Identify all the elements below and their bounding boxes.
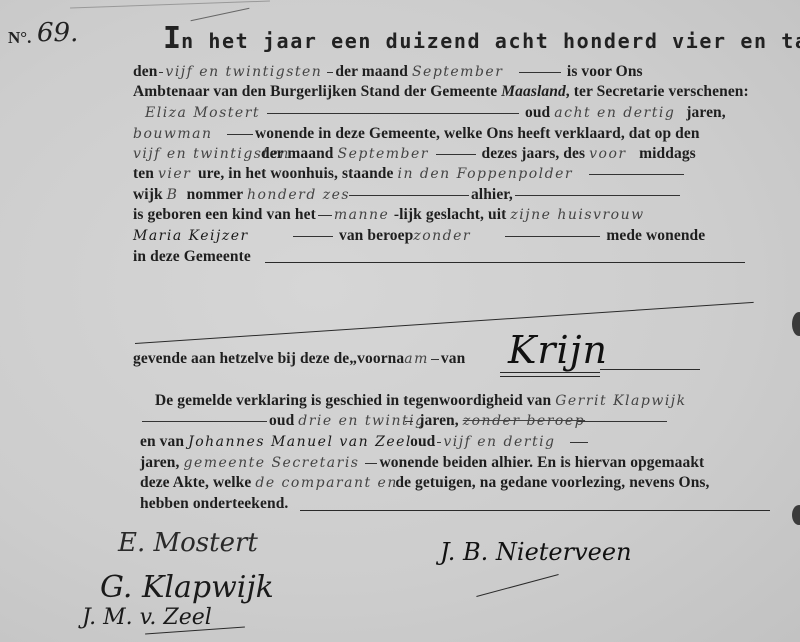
text-oud: oud <box>525 104 550 121</box>
record-number-value: 69. <box>37 18 78 48</box>
line-witness2-occupation: jaren, gemeente Secretariswonende beiden… <box>140 454 704 472</box>
line-given-name: gevende aan hetzelve bij deze de„voornaa… <box>133 350 465 368</box>
text-der-maand: der maand <box>335 63 408 80</box>
hw-witness2-name: Johannes Manuel van Zeel <box>188 433 410 451</box>
text-voorna: voorna <box>357 350 404 367</box>
text-en-van: en van <box>140 433 184 450</box>
text-dezes-jaars: dezes jaars, des <box>482 145 586 162</box>
hw-declarant-age: acht en dertig <box>554 104 686 122</box>
line-house: ten vierure, in het woonhuis, staande in… <box>133 165 686 183</box>
text-ambtenaar: Ambtenaar van den Burgerlijken Stand der… <box>133 83 497 100</box>
text-gevende: gevende aan hetzelve bij deze de <box>133 350 349 367</box>
text-secretarie: , ter Secretarie verschenen: <box>566 83 749 100</box>
text-ten: ten <box>133 165 154 182</box>
hw-month: September <box>412 63 517 81</box>
fill-line <box>300 510 770 511</box>
text-van-beroep: van beroep <box>339 227 413 244</box>
hw-witness1-name: Gerrit Klapwijk <box>555 392 735 410</box>
hw-time-of-day: voor <box>589 145 639 163</box>
underline <box>500 376 600 377</box>
line-address: wijk Bnommer honderd zesalhier, <box>133 186 682 204</box>
hw-location: in den Foppenpolder <box>397 165 587 183</box>
hw-declarant-occupation: bouwman <box>133 125 225 143</box>
line-mother: Maria Keijzer van beroepzonder mede wone… <box>133 227 705 245</box>
hw-witness2-occupation: gemeente Secretaris <box>183 454 363 472</box>
hw-witness1-age: drie en twintig <box>298 412 403 430</box>
heading-text: n het jaar een duizend acht honderd vier… <box>181 29 800 53</box>
hw-day: vijf en twintigsten <box>165 63 325 81</box>
signature-witness1: G. Klapwijk <box>100 570 274 605</box>
hw-party: de comparant en <box>255 474 395 492</box>
line-gemeente: in deze Gemeente <box>133 248 251 266</box>
text-den: den <box>133 63 157 80</box>
text-der-maand-2: der maand <box>261 145 334 162</box>
text-wonende-beiden: wonende beiden alhier. En is hiervan opg… <box>379 454 704 471</box>
text-jaren-2: jaren, <box>419 412 459 429</box>
line-declarant: Eliza Mostert oud acht en dertigjaren, <box>133 104 726 122</box>
heading-line: In het jaar een duizend acht honderd vie… <box>163 30 800 50</box>
edge-smudge <box>792 505 800 525</box>
line-birth-date: vijf en twintigstender maand September d… <box>133 145 696 163</box>
text-van: van <box>441 350 465 367</box>
text-mede-wonende: mede wonende <box>606 227 705 244</box>
line-registrar: Ambtenaar van den Burgerlijken Stand der… <box>133 83 749 101</box>
text-woonhuis: ure, in het woonhuis, staande <box>198 165 394 182</box>
hw-house-number: honderd zes <box>247 186 347 204</box>
hw-declarant-name: Eliza Mostert <box>133 104 265 122</box>
municipality-name: Maasland <box>501 83 566 100</box>
line-date: denvijf en twintigstender maand Septembe… <box>133 63 643 81</box>
text-wijk: wijk <box>133 186 163 203</box>
hw-birth-hour: vier <box>158 165 198 183</box>
text-voor-ons: is voor Ons <box>567 63 643 80</box>
fill-line <box>600 369 700 370</box>
signature-witness2: J. M. v. Zeel <box>82 605 212 630</box>
text-nommer: nommer <box>187 186 243 203</box>
hw-mother-occupation: zonder <box>413 227 503 245</box>
signature-official: J. B. Nieterveen <box>440 538 632 566</box>
hw-name-suffix: am <box>404 351 429 367</box>
text-deze-akte: deze Akte, welke <box>140 474 251 491</box>
hw-birth-day: vijf en twintigsten <box>133 145 261 163</box>
line-akte: deze Akte, welke de comparant ende getui… <box>140 474 710 492</box>
line-signed: hebben onderteekend. <box>140 495 288 513</box>
hw-witness1-occupation-struck: zonder beroep <box>463 412 575 430</box>
record-number-label: N°. <box>8 28 31 48</box>
fill-line <box>265 262 745 263</box>
line-occupation: bouwmanwonende in deze Gemeente, welke O… <box>133 125 700 143</box>
top-ink-stroke <box>70 1 270 9</box>
line-witness1-age: oud drie en twintig jaren, zonder beroep <box>140 412 669 430</box>
line-witness2: en van Johannes Manuel van Zeeloudvijf e… <box>140 433 590 451</box>
document-page: N°. 69. In het jaar een duizend acht hon… <box>0 0 800 642</box>
hw-witness2-age: vijf en dertig <box>443 433 568 451</box>
text-middags: middags <box>639 145 696 162</box>
signature-flourish <box>476 574 558 597</box>
hw-child-sex: manne <box>334 206 394 224</box>
text-tegenwoordigheid: De gemelde verklaring is geschied in teg… <box>155 392 551 409</box>
line-child-sex: is geboren een kind van hetmanne-lijk ge… <box>133 206 680 224</box>
heading-initial: I <box>163 21 181 56</box>
text-getuigen: de getuigen, na gedane voorlezing, neven… <box>395 474 709 491</box>
diagonal-strike-line <box>135 302 754 344</box>
hw-child-given-name: Krijn <box>508 328 608 372</box>
signature-declarant: E. Mostert <box>118 528 258 558</box>
hw-wijk: B <box>167 186 187 204</box>
hw-birth-month: September <box>338 145 434 163</box>
underline <box>500 372 600 373</box>
text-wonende: wonende in deze Gemeente, welke Ons heef… <box>255 125 700 142</box>
hw-mother-name: Maria Keijzer <box>133 227 291 245</box>
text-jaren-3: jaren, <box>140 454 180 471</box>
line-witness-intro: De gemelde verklaring is geschied in teg… <box>155 392 735 410</box>
text-geboren: is geboren een kind van het <box>133 206 316 223</box>
text-oud-2: oud <box>269 412 294 429</box>
text-jaren: jaren, <box>686 104 726 121</box>
text-onderteekend: hebben onderteekend. <box>140 495 288 512</box>
text-oud-3: oud <box>410 433 435 450</box>
text-alhier: alhier, <box>471 186 513 203</box>
top-ink-stroke <box>191 8 250 21</box>
text-geslacht: -lijk geslacht, uit <box>394 206 507 223</box>
edge-smudge <box>792 312 800 336</box>
text-in-deze-gemeente: in deze Gemeente <box>133 248 251 265</box>
hw-relation: zijne huisvrouw <box>510 206 680 224</box>
